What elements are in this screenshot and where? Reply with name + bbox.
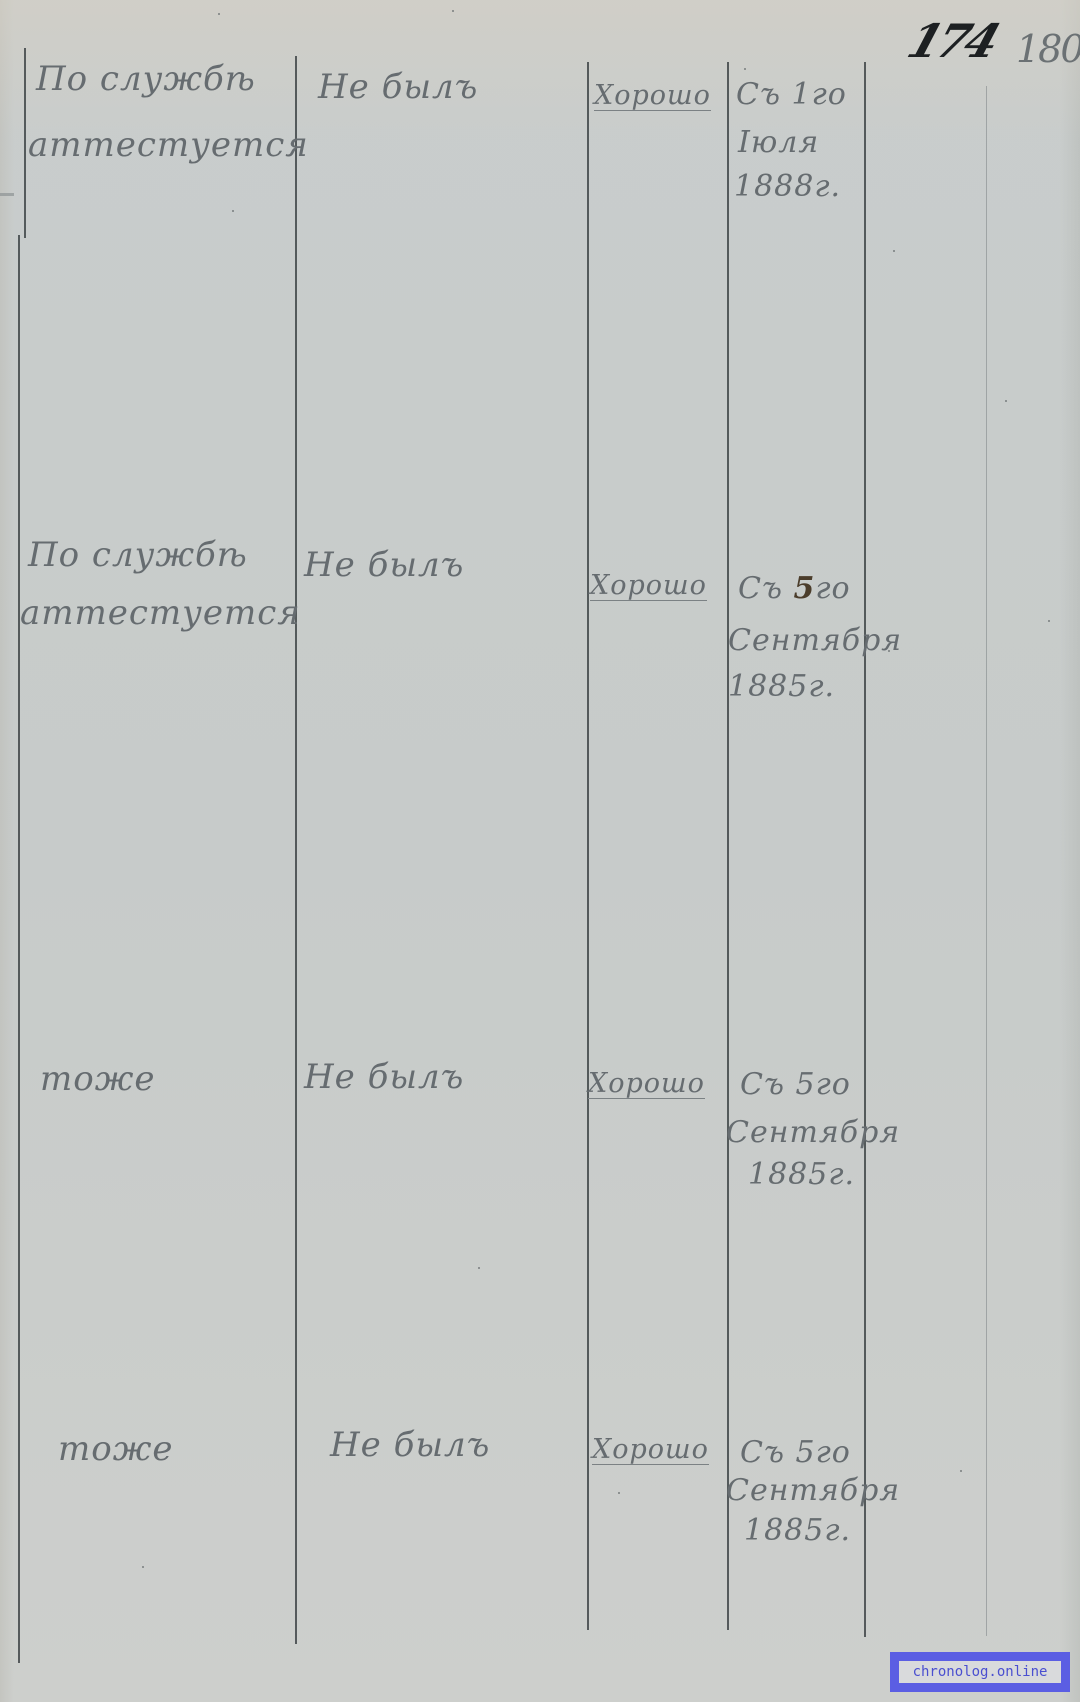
row3-col1: тоже [40,1062,155,1096]
row1-col1-line1: По службѣ [36,62,256,96]
column-rule-left-lower [18,235,20,1663]
row2-col1-line1: По службѣ [28,538,248,572]
row4-col4-line1: Съ 5го [740,1438,851,1468]
row2-col3: Хорошо [590,572,707,601]
paper-speck [1005,400,1007,402]
row4-col2: Не былъ [330,1428,490,1462]
paper-speck [744,68,746,70]
column-rule-3 [587,62,589,1630]
column-rule-4 [727,62,729,1630]
row1-col4-line2: Iюля [738,128,819,158]
row2-col4-line1: Съ 5го [738,574,851,604]
paper-speck [1048,620,1050,622]
row3-col4-line1: Съ 5го [740,1070,851,1100]
row4-col3: Хорошо [592,1436,709,1465]
paper-speck [893,250,895,252]
ledger-page: 174 180 По службѣ аттестуется Не былъ Хо… [0,0,1080,1702]
column-rule-2 [295,56,297,1644]
row2-col1-line2: аттестуется [20,596,301,630]
row1-col1-line2: аттестуется [28,128,309,162]
paper-speck [452,10,454,12]
row3-col4-line3: 1885г. [748,1160,855,1190]
row2-col4-line3: 1885г. [728,672,835,702]
row1-col4-line1: Съ 1го [736,80,847,110]
watermark-badge: chronolog.online [890,1652,1070,1692]
row2-col4-day: 5 [794,571,816,606]
watermark-text: chronolog.online [899,1661,1061,1683]
column-rule-left [24,48,26,238]
folio-number-secondary: 180 [1016,30,1080,68]
paper-speck [142,1566,144,1568]
paper-speck [960,1470,962,1472]
row2-col4-suffix: го [815,571,850,606]
column-rule-5 [864,62,866,1637]
row2-col4-line2: Сентября [728,626,902,656]
row3-col2: Не былъ [304,1060,464,1094]
row2-col2: Не былъ [304,548,464,582]
row4-col1: тоже [58,1432,173,1466]
row1-col2: Не былъ [318,70,478,104]
row1-col3: Хорошо [594,82,711,111]
row1-col4-line3: 1888г. [734,172,841,202]
row3-col3: Хорошо [588,1070,705,1099]
paper-speck [478,1267,480,1269]
column-rule-6-faint [986,86,987,1636]
folio-number-primary: 174 [903,18,1002,64]
left-margin-tick [0,193,14,196]
row4-col4-line3: 1885г. [744,1516,851,1546]
paper-speck [232,210,234,212]
paper-speck [618,1492,620,1494]
row4-col4-line2: Сентября [726,1476,900,1506]
row2-col4-prefix: Съ [738,571,794,606]
paper-speck [218,13,220,15]
row3-col4-line2: Сентября [726,1118,900,1148]
